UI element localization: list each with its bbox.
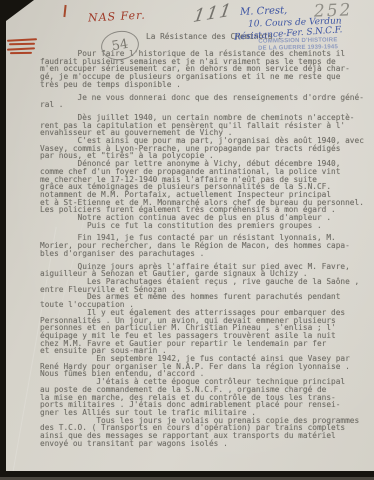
paragraph: Je ne vous donnerai donc que des renseig…: [40, 94, 372, 109]
photo-background: COMMISSION D'HISTOIRE DE LA GUERRE 1939-…: [0, 0, 374, 480]
circled-number-value: 54: [111, 37, 130, 55]
paragraph: Quinze jours après l'affaire était sur p…: [40, 263, 372, 448]
paragraph: Pour faire l'historique de la résistance…: [40, 50, 372, 89]
paragraph: Fin 1941, je fus contacté par un résista…: [40, 234, 372, 257]
typed-text-block: La Résistance des Cheminots . Pour faire…: [40, 33, 372, 447]
red-margin-marks: [7, 39, 43, 57]
paragraph: Dès juillet 1940, un certain nombre de c…: [40, 114, 372, 230]
annotation-ink-name: M. Crest,: [240, 5, 288, 18]
